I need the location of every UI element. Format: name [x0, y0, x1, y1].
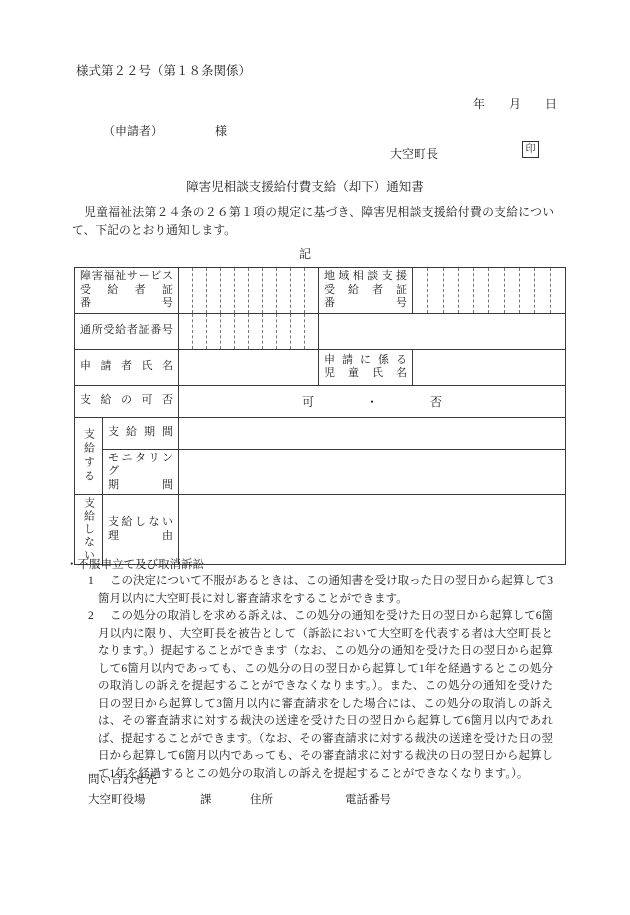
empty-cell: [319, 313, 566, 349]
digit-box: [235, 268, 249, 313]
digit-box: [520, 268, 535, 313]
digit-box: [489, 268, 504, 313]
digit-box: [207, 268, 221, 313]
digit-box: [235, 314, 249, 349]
appeal-item-2-text: この処分の取消しを求める訴えは、この処分の通知を受けた日の翌日から起算して6箇月…: [98, 610, 553, 780]
child-name-input[interactable]: [413, 349, 566, 385]
digit-box: [551, 268, 565, 313]
notification-table: 障害福祉サービス 受給者証 番号 地域相談支援 受給者証 番号: [74, 267, 566, 565]
child-name-label: 申請に係る 児童氏名: [319, 349, 413, 385]
digit-box: [207, 314, 221, 349]
digit-box: [263, 268, 277, 313]
digit-box: [179, 314, 193, 349]
grant-group-label: 支給する: [75, 417, 103, 495]
date-fill-line: 年 月 日: [473, 95, 557, 112]
appeal-item-1-text: この決定について不服があるときは、この通知書を受け取った日の翌日から起算して3箇…: [98, 575, 553, 605]
grant-period-label: 支給期間: [103, 417, 179, 449]
reject-reason-label: 支給しない 理由: [103, 495, 179, 565]
service-cert-number-label: 障害福祉サービス 受給者証 番号: [75, 268, 179, 314]
digit-box: [291, 314, 305, 349]
regional-cert-number-label: 地域相談支援 受給者証 番号: [319, 268, 413, 314]
monitoring-period-input[interactable]: [179, 449, 566, 495]
grant-period-input[interactable]: [179, 417, 566, 449]
ki-heading: 記: [0, 245, 610, 262]
digit-box: [277, 314, 291, 349]
digit-box: [193, 314, 207, 349]
appeal-items: 1この決定について不服があるときは、この通知書を受け取った日の翌日から起算して3…: [0, 573, 630, 783]
digit-box: [221, 268, 235, 313]
digit-box: [263, 314, 277, 349]
seal-box: 印: [522, 141, 539, 158]
digit-box: [474, 268, 489, 313]
contact-address-label: 住所: [250, 791, 273, 807]
digit-box: [249, 314, 263, 349]
intro-paragraph: 児童福祉法第２４条の２６第１項の規定に基づき、障害児相談支援給付費の支給について…: [72, 203, 554, 239]
regional-cert-number-input[interactable]: [413, 268, 566, 314]
digit-box: [277, 268, 291, 313]
grant-decision-options[interactable]: 可 ・ 否: [179, 385, 566, 417]
digit-box: [305, 314, 318, 349]
appeal-item-1: 1この決定について不服があるときは、この通知書を受け取った日の翌日から起算して3…: [98, 573, 553, 608]
mayor-title: 大空町長: [390, 145, 438, 162]
grant-decision-label: 支給の可否: [75, 385, 179, 417]
contact-department-label: 課: [200, 791, 212, 807]
document-title: 障害児相談支援給付費支給（却下）通知書: [0, 177, 610, 195]
contact-phone-label: 電話番号: [345, 791, 391, 807]
digit-box: [428, 268, 443, 313]
digit-box: [413, 268, 428, 313]
notification-table-wrap: 障害福祉サービス 受給者証 番号 地域相談支援 受給者証 番号: [74, 267, 566, 565]
form-number: 様式第２２号（第１８条関係）: [76, 61, 251, 79]
monitoring-period-label: モニタリング 期間: [103, 449, 179, 495]
day-service-digit-boxes: [179, 314, 318, 349]
digit-box: [221, 314, 235, 349]
appeal-item-1-number: 1: [88, 573, 110, 591]
digit-box: [305, 268, 318, 313]
digit-box: [535, 268, 550, 313]
notification-document-page: 様式第２２号（第１８条関係） 年 月 日 （申請者） 様 大空町長 印 障害児相…: [0, 0, 630, 915]
contact-heading: 問い合わせ先: [88, 771, 157, 787]
applicant-honorific: 様: [215, 122, 227, 139]
digit-box: [444, 268, 459, 313]
appeal-section-heading: ・不服申立て及び取消訴訟: [66, 556, 204, 572]
digit-box: [505, 268, 520, 313]
reject-reason-input[interactable]: [179, 495, 566, 565]
digit-box: [291, 268, 305, 313]
contact-office: 大空町役場: [88, 791, 146, 807]
day-service-cert-number-input[interactable]: [179, 313, 319, 349]
digit-box: [249, 268, 263, 313]
applicant-name-label: 申請者氏名: [75, 349, 179, 385]
appeal-item-2-number: 2: [88, 608, 110, 626]
digit-box: [193, 268, 207, 313]
reject-group-label: 支給しない: [75, 495, 103, 565]
appeal-item-2: 2この処分の取消しを求める訴えは、この処分の通知を受けた日の翌日から起算して6箇…: [98, 608, 553, 783]
regional-cert-digit-boxes: [413, 268, 565, 313]
applicant-name-input[interactable]: [179, 349, 319, 385]
day-service-cert-number-label: 通所受給者証番号: [75, 313, 179, 349]
applicant-label: （申請者）: [103, 122, 163, 139]
service-cert-number-input[interactable]: [179, 268, 319, 314]
service-cert-digit-boxes: [179, 268, 318, 313]
digit-box: [459, 268, 474, 313]
digit-box: [179, 268, 193, 313]
